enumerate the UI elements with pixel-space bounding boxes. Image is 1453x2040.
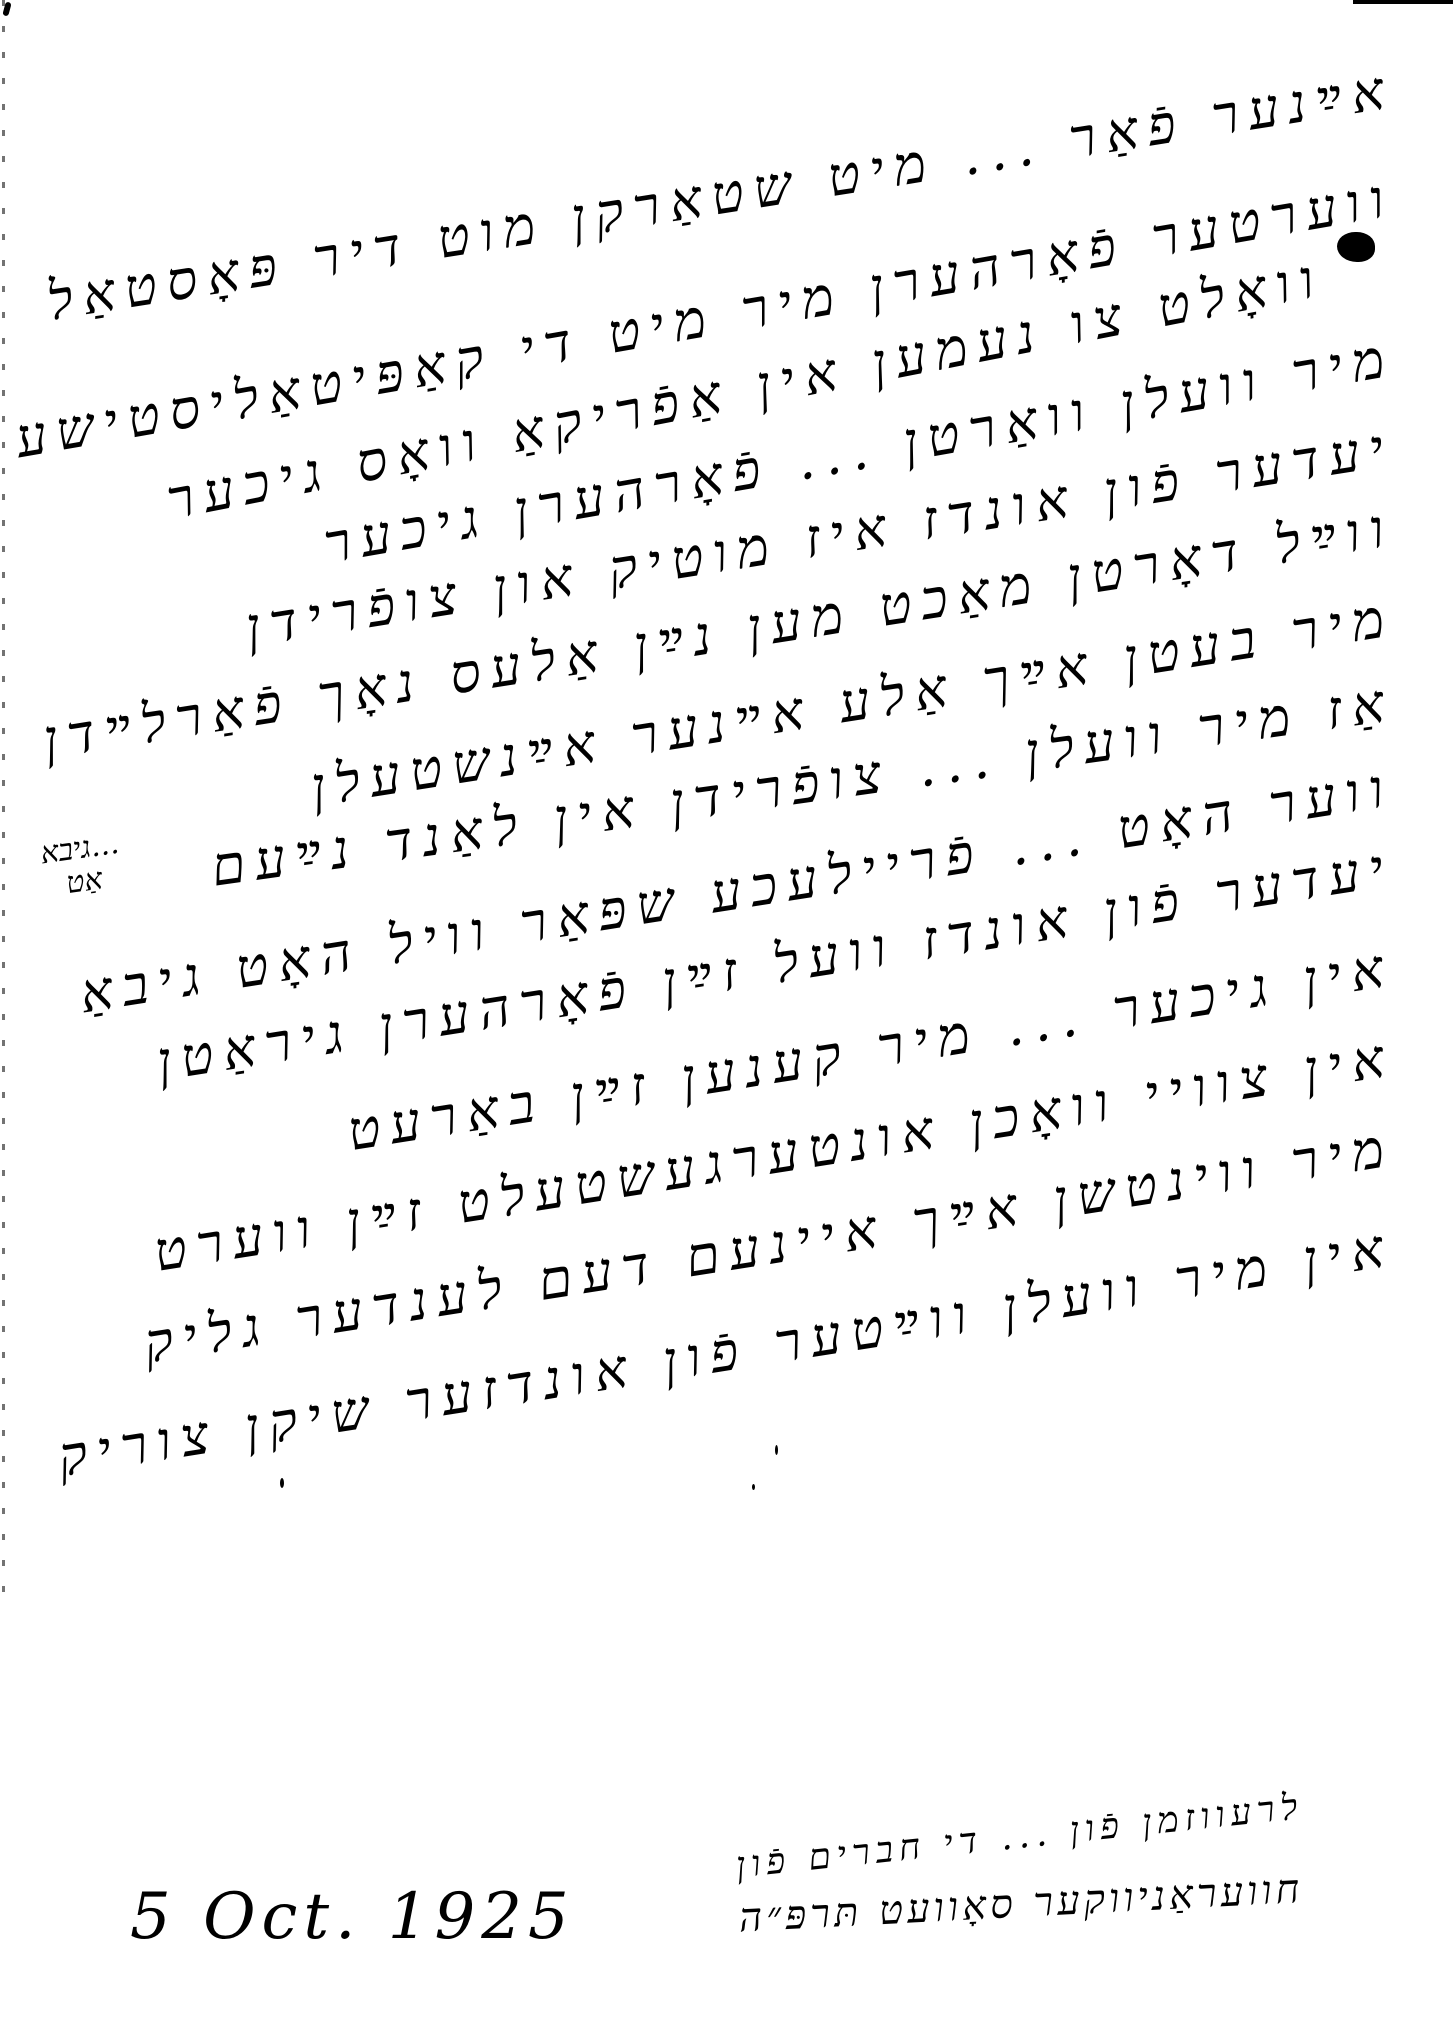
ink-speck <box>752 1484 755 1490</box>
scan-edge-artifact <box>2 0 5 1600</box>
margin-note: ...גיבא אַט <box>18 824 146 906</box>
letter-date: 5 Oct. 1925 <box>130 1880 575 1954</box>
scan-top-bar <box>1353 0 1453 4</box>
ink-blot <box>1337 232 1375 262</box>
letter-page: אײַנער פֿאַר ... מיט שטאַרקן מוט דיר פּא… <box>0 0 1453 2040</box>
ink-speck <box>280 1478 284 1488</box>
ink-speck <box>775 1445 778 1455</box>
